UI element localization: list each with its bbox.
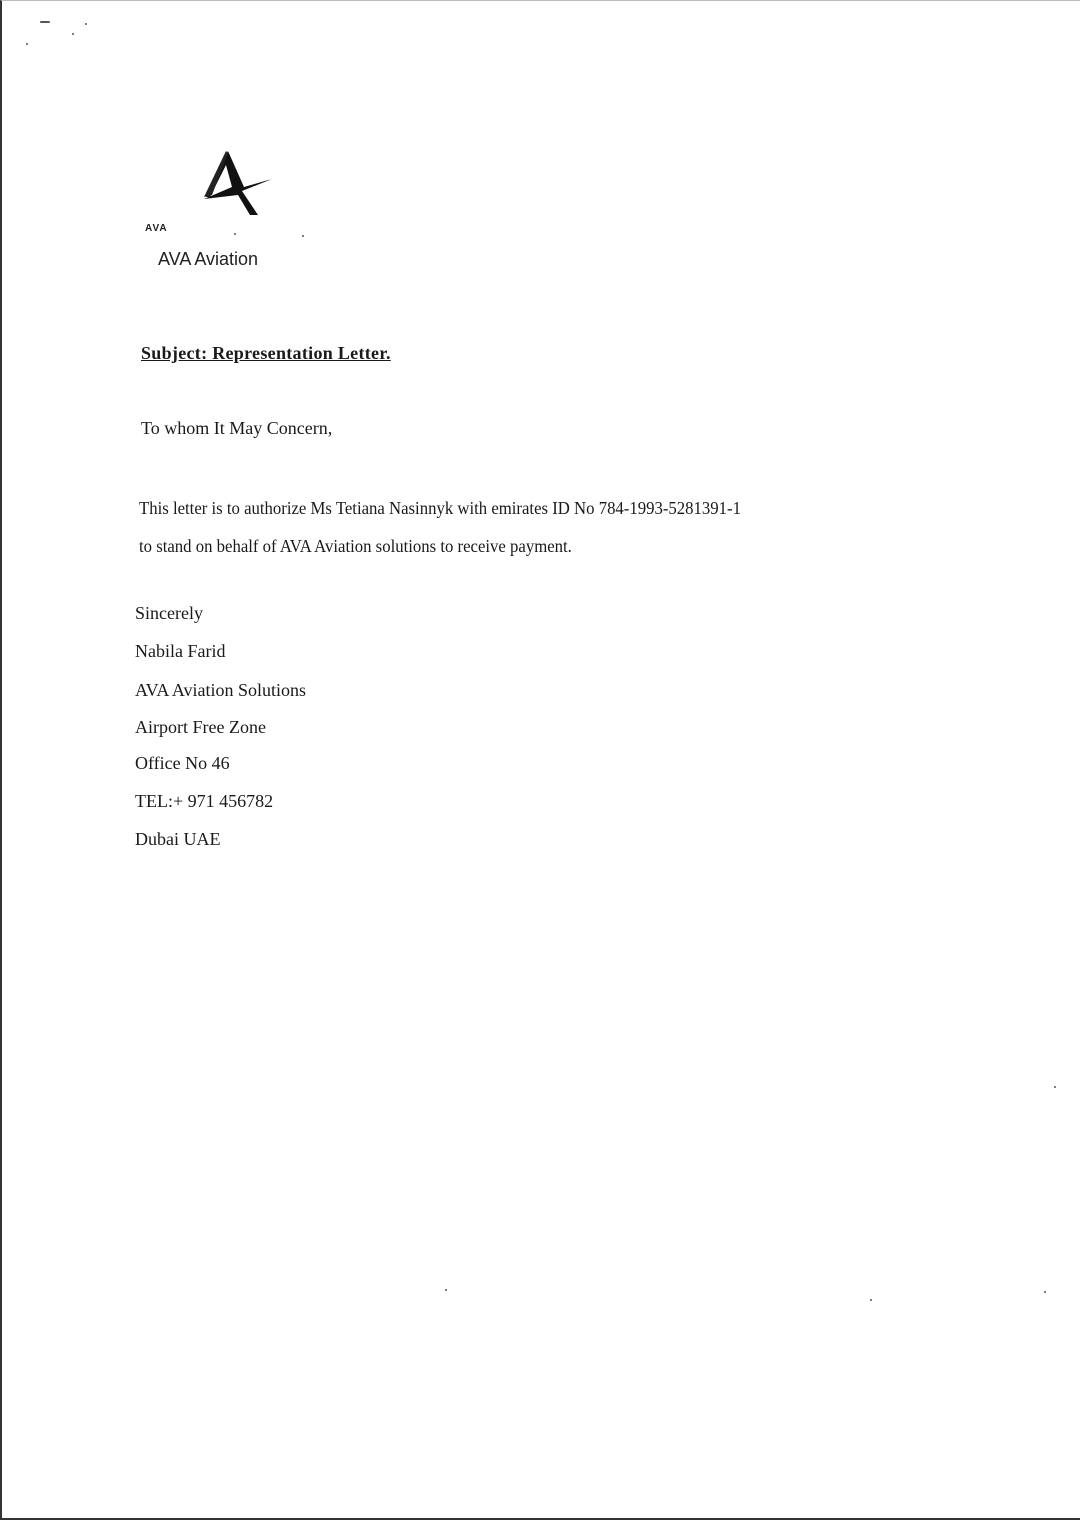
scan-speck [40, 21, 50, 23]
company-name: AVA Aviation [158, 249, 258, 270]
ava-triangle-logo-icon [198, 151, 276, 217]
letter-greeting: To whom It May Concern, [141, 418, 332, 439]
scanned-letter-page: AVA AVA Aviation Subject: Representation… [0, 0, 1080, 1520]
scan-speck [302, 235, 304, 237]
signatory-company: AVA Aviation Solutions [135, 680, 306, 701]
logo-caption: AVA [145, 223, 168, 234]
signatory-office: Office No 46 [135, 753, 230, 774]
scan-speck [445, 1289, 447, 1291]
scan-speck [72, 33, 74, 35]
letter-body-line: This letter is to authorize Ms Tetiana N… [139, 498, 741, 519]
letter-subject: Subject: Representation Letter. [141, 343, 391, 364]
signatory-city: Dubai UAE [135, 829, 220, 850]
letter-closing: Sincerely [135, 603, 203, 624]
scan-speck [1044, 1291, 1046, 1293]
scan-speck [1054, 1086, 1056, 1088]
scan-speck [26, 43, 28, 45]
signatory-name: Nabila Farid [135, 641, 225, 662]
letter-body-line: to stand on behalf of AVA Aviation solut… [139, 536, 572, 557]
scan-speck [85, 23, 87, 25]
signatory-address: Airport Free Zone [135, 717, 266, 738]
signatory-phone: TEL:+ 971 456782 [135, 791, 273, 812]
scan-speck [870, 1299, 872, 1301]
scan-speck [234, 233, 236, 235]
